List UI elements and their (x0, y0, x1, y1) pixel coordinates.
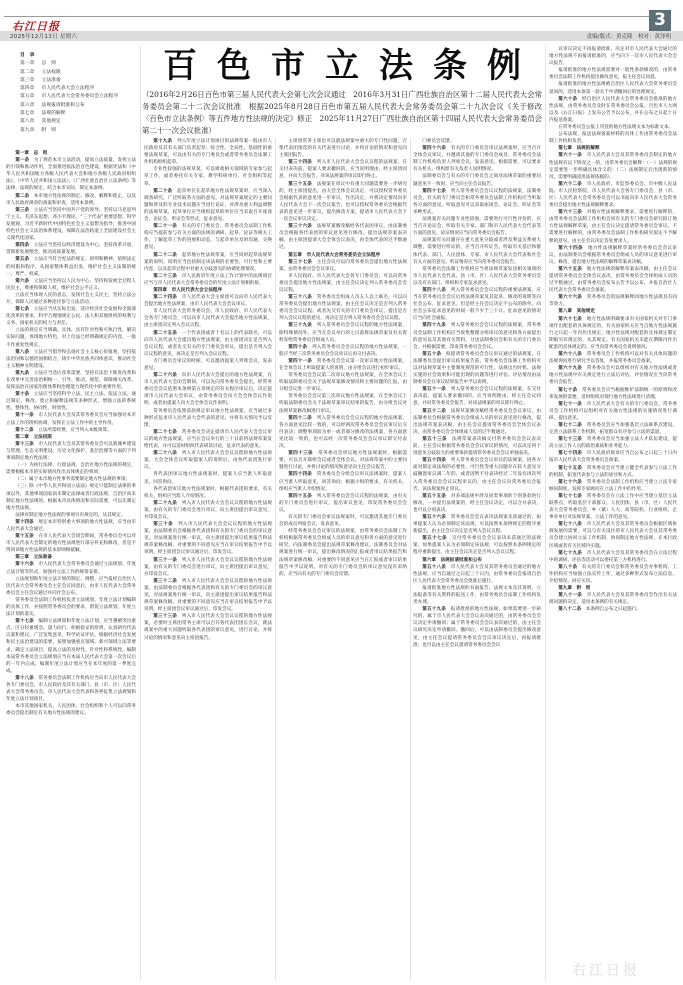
article-paragraph: 第五十七条 交付常务委员会会议表决未获通过的法规案，如果提案人认为必须制定该法规… (413, 535, 541, 556)
article-number: 第六十四条 (558, 246, 588, 251)
article-paragraph: 第四十二条 列入常务委员会会议议程的地方性法规案，各方面意见比较一致的，可以经两… (279, 415, 407, 450)
article-paragraph: 第十一条 市人民代表大会及其常务委员会应当加强对本市立法工作的组织协调，发挥在立… (6, 412, 136, 426)
article-paragraph: 第六十六条 常务委员会的法规解释同地方性法规具有同等效力。 (549, 294, 677, 308)
article-paragraph: （一）为执行法律、行政法规、自治区地方性法规的规定，需要根据本市的实际情况作出具… (6, 462, 136, 476)
article-paragraph: 常务委员会会议第三次审议地方性法规案，在全体会议上听取法制委员会关于法规草案审议… (279, 393, 407, 414)
article-paragraph: （二）属于本市地方性事务需要制定地方性法规的事项； (6, 476, 136, 483)
editor-credits: 责编/版式：黄克隆 校对：黄泽明 (587, 32, 671, 40)
article-paragraph: 第二十七条 常务委员会决定提请市人民代表大会会议审议的地方性法规案，应当在会议举… (144, 429, 272, 450)
toc-item: 第四章 市人民代表大会立法程序 (6, 85, 136, 93)
toc-item: 第一章 总 则 (6, 60, 136, 68)
article-paragraph: 第六十条 经自治区人民代表大会常务委员会批准的地方性法规，由常务委员会及时在常务… (549, 96, 677, 124)
toc-chapter-number: 第四章 (20, 85, 40, 93)
article-text: 立法所需经费，应当列入本级预算。 (38, 428, 112, 433)
article-paragraph: 第六十七条 地方性法规明确要求有关国家机关对专门事项作出配套的具体规定的，有关国… (549, 316, 677, 351)
page-number-badge: 3 (649, 10, 671, 31)
toc-chapter-number: 第八章 (20, 118, 40, 126)
article-paragraph: 第三十二条 列入市人民代表大会会议议程的地方性法规案，由法制委员会根据各代表团和… (144, 578, 272, 613)
article-number: 第十三条 (15, 442, 38, 447)
article-paragraph: 第四十八条 列入常务委员会会议议程的重要法规案，应当在常务委员会会议后将法规草案… (413, 287, 541, 322)
article-paragraph: 第十七条 编制立法规划和年度立法计划，应当遵循突出重点、区分轻重缓急、量力而行、… (6, 618, 136, 675)
article-text: 列入常务委员会会议审议的法规案，因各方面对制定该法规的必要性、可行性等重大问题存… (413, 458, 541, 491)
article-paragraph: 第二十九条 列入市人民代表大会会议议程的地方性法规案，由有关的专门委员会进行审议… (144, 500, 272, 521)
article-paragraph: 法律对制定地方性法规的事项另有规定的，从其规定。 (6, 512, 136, 519)
article-paragraph: 第四十一条 常务委员会会议第一次审议地方性法规案，在全体会议上听取提案人的说明，… (279, 358, 407, 372)
article-paragraph: 第七十条 常务委员会应当根据维护法制统一的原则和改革发展的需要，适时组织对现行地… (549, 387, 677, 401)
article-text: 各代表团审议地方性法规案时，提案人应当派人听取意见，回答询问。 (144, 472, 272, 484)
article-number: 第二十四条 (153, 295, 182, 300)
article-paragraph: 市人民政府、市人民代表大会各专门委员会，可以向常务委员会提出地方性法规案，由主任… (279, 273, 407, 294)
article-paragraph: 立法应当体现人民的意志，发扬社会主义民主，坚持立法公开，保障人民通过多种途径参与… (6, 292, 136, 306)
article-paragraph: 第六十五条 地方性法规的解释草案表决稿，由主任会议提请常务委员会全体会议表决，由… (549, 266, 677, 294)
article-number: 第五十四条 (422, 458, 451, 463)
article-text: （二）属于本市地方性事务需要制定地方性法规的事项； (15, 477, 130, 482)
article-paragraph: 第七十九条 市人民代表大会及其常务委员会在立法过程中的调研、评估等活动可以委托第… (549, 550, 677, 564)
article-number: 第三十六条 (288, 224, 317, 229)
table-of-contents: 目 录 第一章 总 则第二章 立法权限第三章 立法准备第四章 市人民代表大会立法… (6, 52, 136, 135)
article-text: 本市其他国家机关、人民团体、社会组织和个人可以向常务委员会提出制定有关地方性法规… (6, 704, 136, 716)
article-text: 编制立法规划和年度立法计划，应当遵循突出重点、区分轻重缓急、量力而行、积极稳妥的… (6, 619, 136, 674)
article-text: 市人民政府、市人民代表大会各专门委员会，可以向常务委员会提出地方性法规案，由主任… (279, 274, 407, 293)
article-text: 法制委员会与有关的专门委员会之间对法规草案的重要问题意见不一致时，应当向主任会议… (413, 174, 541, 186)
article-number: 第二十九条 (153, 501, 182, 506)
article-paragraph: 第十四条 规定本市特别重大事项的地方性法规，应当由市人民代表大会通过。 (6, 519, 136, 533)
article-paragraph: 第四十条 列入常务委员会会议议程的地方性法规案，一般应当经三次常务委员会会议审议… (279, 344, 407, 358)
article-paragraph: 第三十四条 列入市人民代表大会会议议程的法规案，在交付表决前，提案人要求撤回的，… (279, 159, 407, 180)
article-paragraph: 专门委员会审议的时候，可以邀请提案人列席会议，发表意见。 (144, 358, 272, 372)
article-paragraph: 第十三条 市人民代表大会及其常务委员会可以就城乡建设与管理、生态文明建设、历史文… (6, 441, 136, 462)
article-number: 第十四条 (15, 520, 38, 525)
article-text: 常务委员会法制工作机构应当将法规草案发送相关领域的市人民代表大会代表、县（市、区… (413, 267, 541, 286)
toc-chapter-title: 市人民代表大会立法程序 (40, 86, 94, 91)
article-paragraph: 第五十九条 报请批准的地方性法规，如果需要进一步研究的，属于市人民代表大会会议表… (413, 606, 541, 649)
article-paragraph: 第九条 立法应当适应改革需要，坚持在法治下推进改革和在改革中完善法治相统一，引导… (6, 370, 136, 391)
article-number: 第四条 (15, 243, 34, 248)
article-paragraph: 报请批准的地方性法规需要对一般性条款修改的，由常务委员会法制工作机构提出修改意见… (549, 67, 677, 81)
article-number: 第六条 (15, 279, 34, 284)
article-paragraph: 立法规划和年度立法计划的制定、调整，应当报经自治区人民代表大会常务委员会主任会议… (6, 576, 136, 597)
article-text: 常务委员会会议第二次审议地方性法规案，在全体会议上听取法制委员会关于法规草案修改… (279, 373, 407, 392)
article-text: 常务委员会依照前款规定审议地方性法规案，应当通过多种形式征求市人民代表大会代表的… (144, 409, 272, 428)
article-text: 对地方性法规解释要求，需要进行解释的，由常务委员会法制工作机构会同有关的专门委员… (549, 210, 677, 243)
article-number: 第七十九条 (558, 551, 587, 556)
article-text: 议审议决定不再报请批准。决定对市人民代表大会通过的地方性法规不再报请批准的，应当… (549, 47, 677, 66)
article-paragraph: 第三条 立法应当坚持中国共产党的领导，坚持以马克思列宁主义、毛泽东思想、邓小平理… (6, 207, 136, 242)
article-paragraph: 第四十九条 列入常务委员会会议议程的法规案，常务委员会法制工作机构应当收集整理分… (413, 322, 541, 350)
body-column-5: 议审议决定不再报请批准。决定对市人民代表大会通过的地方性法规不再报请批准的，应当… (549, 46, 677, 980)
article-text: 报请批准的地方性法规，如果需要进一步研究的，属于市人民代表大会会议表决通过的，由… (413, 607, 541, 647)
article-paragraph: 第三十九条 列入常务委员会会议议程的地方性法规案，除特殊情况外，应当在会议举行的… (279, 322, 407, 343)
article-number: 第三十条 (153, 522, 178, 527)
article-number: 第二条 (15, 194, 34, 199)
article-number: 第三十二条 (153, 579, 182, 584)
article-text: 立法应当体现人民的意志，发扬社会主义民主，坚持立法公开，保障人民通过多种途径参与… (6, 293, 136, 305)
article-number: 第七十二条 (558, 423, 587, 428)
article-paragraph: 第四条 立法应当坚持以经济建设为中心，坚持改革开放，贯彻新发展理念，推动高质量发… (6, 242, 136, 256)
article-text: 市人民代表大会常务委员会、市人民政府、市人民代表大会各专门委员会，可以向市人民代… (144, 309, 272, 328)
article-number: 第五十八条 (422, 565, 451, 570)
article-text: 有关的专门委员会审议法规案时，可以邀请其他专门委员会的成员列席会议，发表意见。 (279, 515, 407, 527)
article-number: 第五十六条 (422, 515, 451, 520)
article-paragraph: 报请批准地方性法规的书面报告，法规文本及其说明、立法报备等有关资料的报送工作，由… (413, 585, 541, 606)
article-text: 为了规范本市立法活动，提高立法质量，发挥立法的引领和推动作用，全面推进依法治百色… (6, 158, 136, 191)
toc-chapter-number: 第一章 (20, 60, 40, 68)
article-paragraph: 第二十三条 市人民政府年度立法工作计划中的法规项目应当与市人民代表大会常务委员会… (144, 273, 272, 287)
article-number: 第六十六条 (558, 295, 587, 300)
toc-item: 第五章 市人民代表大会常务委员会立法程序 (6, 93, 136, 101)
article-paragraph: 第四十三条 常务委员会审议地方性法规案时，根据需要，可以召开联组会议或者全体会议… (279, 450, 407, 471)
article-number: 第五十九条 (422, 607, 451, 612)
article-number: 第三十七条 (288, 260, 317, 265)
toc-chapter-title: 其他规定 (40, 119, 61, 124)
column-divider (410, 138, 411, 980)
info-bar (0, 31, 683, 41)
article-paragraph: 在常务委员会公报上刊登的地方性法规文本为标准文本。 (549, 124, 677, 131)
article-paragraph: 公布法规、报送法规备案材料的具体工作由常务委员会法制工作机构负责。 (549, 131, 677, 145)
article-paragraph: 第八十条 有关的专门委员会和常务委员会办事机构、工作机构应当加强立法宣传工作，通… (549, 564, 677, 585)
article-number: 第三十四条 (288, 160, 317, 165)
article-paragraph: 专业性较强的法规草案，可以吸收相关领域的专家参与起草工作，或者委托有关专家、教学… (144, 166, 272, 187)
article-text: 立法规划和年度立法计划的制定、调整，应当报经自治区人民代表大会常务委员会主任会议… (6, 577, 136, 596)
article-number: 第八十条 (558, 565, 582, 570)
toc-item: 第二章 立法权限 (6, 69, 136, 77)
article-number: 第七十四条 (558, 451, 587, 456)
toc-chapter-number: 第六章 (20, 102, 40, 110)
column-divider (140, 46, 141, 980)
article-paragraph: 第四十四条 常务委员会分组会议审议法规案时，提案人应当派人听取意见，回答询问；根… (279, 471, 407, 492)
article-paragraph: 第十五条 在市人民代表大会闭会期间，常务委员会可以对市人民代表大会制定的地方性法… (6, 533, 136, 554)
article-number: 第七十六条 (558, 480, 587, 485)
article-number: 第二十六条 (153, 373, 182, 378)
article-paragraph: 第二十二条 起草地方性法规草案，应当同时起草法规草案的说明。说明应当包括制定该法… (144, 252, 272, 273)
article-paragraph: 法规案有关问题专业性较强，需要进行可行性评价的，应当召开论证会，听取有关专家、部… (413, 216, 541, 237)
article-paragraph: 第五十四条 列入常务委员会会议审议的法规案，因各方面对制定该法规的必要性、可行性… (413, 457, 541, 492)
article-number: 第四十七条 (422, 189, 451, 194)
article-number: 第三十一条 (153, 558, 182, 563)
article-paragraph: 第五条 立法应当符合宪法的规定、原则和精神，依照法定的权限和程序，从国家整体利益… (6, 256, 136, 277)
article-number: 第四十一条 (288, 359, 317, 364)
article-paragraph: 第六十九条 常务委员会可以组织对有关地方性法规或者地方性法规中有关规定进行立法后… (549, 365, 677, 386)
column-divider (545, 46, 546, 980)
article-paragraph: 第十六条 市人民代表大会常务委员会通过立法规划、年度立法计划等形式，加强对立法工… (6, 561, 136, 575)
masthead-rule (4, 16, 649, 17)
article-paragraph: 第三十一条 列入市人民代表大会会议议程的地方性法规案，由有关的专门委员会进行审议… (144, 557, 272, 578)
article-paragraph: 法制委员会与有关的专门委员会之间对法规草案的重要问题意见不一致时，应当向主任会议… (413, 173, 541, 187)
article-text: 法规案有关问题存在重大意见分歧或者涉及利益关系重大调整，需要进行听证的，应当召开… (413, 238, 541, 264)
article-paragraph: 第七十六条 常务委员会法制工作机构应当建立立法专家顾问制度，发挥专家顾问在立法工… (549, 479, 677, 493)
article-paragraph: 主席团常务主席也可以就法规案中重大的专门性问题，召集代表团推选的有关代表进行讨论… (279, 138, 407, 159)
toc-chapter-title: 法规报请批准和公布 (40, 103, 85, 108)
article-paragraph: 第五十条 拟提请常务委员会会议审议通过的法规案，在法制委员会提出审议结果报告前，… (413, 351, 541, 386)
article-header: 百色市立法条例 （2016年2月26日百色市第三届人民代表大会第七次会议通过 2… (142, 46, 542, 137)
article-text: 法规案在审议中有重大问题需要进一步研究的，经主席团提出，由大会全体会议决定，可以… (279, 182, 407, 222)
article-paragraph: 第二十五条 一个代表团或者十名以上的代表联名，可以向市人民代表大会提出地方性法规… (144, 330, 272, 358)
watermark: 右江日报 (572, 960, 672, 978)
article-number: 第五十五条 (422, 494, 451, 499)
article-number: 第四十八条 (422, 288, 451, 293)
article-number: 第二十二条 (153, 253, 182, 258)
body-column-2: 第十九条 列入年度立法计划项目的法规草案一般由市人民政府及其有关部门负责起草；综… (144, 138, 272, 980)
article-paragraph: 第三十六条 法规草案修改稿经各代表团审议，由法制委员会根据各代表团的审议意见进行… (279, 223, 407, 251)
article-paragraph: 第五十三条 法规草案表决稿交付常务委员会会议表决前，主任会议根据常务委员会会议审… (413, 436, 541, 457)
article-number: 第二十条 (153, 189, 177, 194)
article-paragraph: 第一条 为了规范本市立法活动，提高立法质量，发挥立法的引领和推动作用，全面推进依… (6, 157, 136, 192)
toc-chapter-title: 市人民代表大会常务委员会立法程序 (40, 94, 118, 99)
chapter-heading: 第三章 立法准备 (6, 554, 136, 561)
article-paragraph: 第八十二条 本条例自公布之日起施行。 (549, 606, 677, 613)
article-number: 第四十四条 (288, 472, 317, 477)
article-paragraph: 第六十四条 地方性法规解释草案经常务委员会会议审议，由法制委员会根据常务委员会组… (549, 245, 677, 266)
article-number: 第五条 (15, 257, 34, 262)
article-number: 第四十条 (288, 345, 312, 350)
article-number: 第六十一条 (558, 153, 587, 158)
article-number: 第四十五条 (288, 494, 317, 499)
article-paragraph: 第八条 立法应当倡导和弘扬社会主义核心价值观，坚持依法治国和以德治国相结合，铸牢… (6, 349, 136, 370)
article-paragraph: 第六十二条 市人民政府、市监察委员会、市中级人民法院、市人民检察院、市人民代表大… (549, 181, 677, 209)
article-paragraph: 第五十二条 法规草案修改稿经常务委员会会议审议，由法制委员会根据常务委员会组成人… (413, 408, 541, 436)
toc-item: 第八章 其他规定 (6, 118, 136, 126)
toc-heading: 目 录 (6, 52, 136, 60)
toc-chapter-title: 总 则 (40, 61, 56, 66)
article-paragraph: 第八十一条 市人民代表大会及其常务委员会作出有关法规问题的决定，适用本条例的有关… (549, 592, 677, 606)
article-text: 列入市人民代表大会会议议程的地方性法规案，由法制委员会根据各代表团和有关的专门委… (144, 522, 272, 555)
article-paragraph: 报请批准的地方性法规被自治区人民代表大会常务委员会退回的，适用本条第一款关于申请… (549, 81, 677, 95)
article-paragraph: 第七十七条 常务委员会在立法工作中应当建立基层立法联系点，听取基层干部群众、人民… (549, 493, 677, 521)
column-divider (275, 138, 276, 980)
masthead: 右江日报 3 2025年12月13日 星期六 责编/版式：黄克隆 校对：黄泽明 (0, 0, 683, 40)
article-text: 报请批准地方性法规的书面报告，法规文本及其说明、立法报备等有关资料的报送工作，由… (413, 586, 541, 605)
article-number: 第一条 (15, 158, 34, 163)
article-number: 第七十一条 (558, 402, 587, 407)
article-text: 报请批准的地方性法规被自治区人民代表大会常务委员会退回的，适用本条第一款关于申请… (549, 82, 677, 94)
article-number: 第七十条 (558, 388, 582, 393)
article-number: 第六十条 (558, 97, 582, 102)
chapter-heading: 第五章 市人民代表大会常务委员会立法程序 (279, 252, 407, 259)
article-paragraph: 第二十四条 市人民代表大会主席团可以向市人民代表大会提出地方性法规案，由市人民代… (144, 294, 272, 308)
article-number: 第七十七条 (558, 494, 587, 499)
article-number: 第三十三条 (153, 614, 182, 619)
chapter-heading: 第二章 立法权限 (6, 434, 136, 441)
article-paragraph: 第三十条 列入市人民代表大会会议议程的地方性法规案，由法制委员会根据各代表团和有… (144, 521, 272, 556)
article-number: 第二十五条 (153, 331, 182, 336)
article-paragraph: 门委员会反馈。 (413, 138, 541, 145)
article-paragraph: 常务委员会法制工作机构应当将法规草案发送相关领域的市人民代表大会代表、县（市、区… (413, 266, 541, 287)
article-paragraph: （三）除《中华人民共和国立法法》规定只能制定法律的事项以外，其他事项国家尚未制定… (6, 483, 136, 511)
article-text: 常务委员会法制工作机构负责立法规划、年度立法计划编制的具体工作，并按照常务委员会… (6, 598, 136, 617)
toc-item: 第九章 附 则 (6, 127, 136, 135)
article-number: 第四十三条 (288, 451, 318, 456)
toc-chapter-number: 第七章 (20, 110, 40, 118)
article-paragraph: 第二十六条 向市人民代表大会提出的地方性法规案，在市人民代表大会闭会期间，可以先… (144, 372, 272, 407)
article-paragraph: 立法的规定应当明确、具体，具有针对性和可执行性，解决实际问题，体现地方特色，对上… (6, 327, 136, 348)
article-text: 在常务委员会公报上刊登的地方性法规文本为标准文本。 (558, 125, 673, 130)
chapter-heading: 第九章 附 则 (549, 585, 677, 592)
article-number: 第十九条 (153, 139, 177, 144)
article-paragraph: 常务委员会会议第二次审议地方性法规案，在全体会议上听取法制委员会关于法规草案修改… (279, 372, 407, 393)
article-number: 第八十二条 (558, 607, 586, 612)
article-paragraph: 第四十五条 列入常务委员会会议议程的法规案，由有关的专门委员会进行审议，提出审议… (279, 493, 407, 514)
article-title: 百色市立法条例 (142, 46, 542, 86)
article-number: 第十八条 (15, 676, 38, 681)
article-number: 第五十七条 (422, 536, 452, 541)
article-paragraph: 第二十条 起草单位在起草地方性法规草案时，应当深入调查研究，广泛听取各方面的意见… (144, 188, 272, 223)
article-paragraph: 第十二条 立法所需经费，应当列入本级预算。 (6, 427, 136, 434)
article-number: 第八条 (15, 350, 34, 355)
chapter-heading: 第六章 法规报请批准和公布 (413, 557, 541, 564)
article-paragraph: 第三十五条 法规案在审议中有重大问题需要进一步研究的，经主席团提出，由大会全体会… (279, 181, 407, 224)
article-paragraph: 第十九条 列入年度立法计划项目的法规草案一般由市人民政府及其有关部门负责起草；综… (144, 138, 272, 166)
article-paragraph: 第五十八条 市人民代表大会及其常务委员会通过的地方性法规，应当自通过之日起三十日… (413, 564, 541, 585)
article-paragraph: 第六十八条 常务委员会工作机构可以对有关具体问题的法规询问进行研究予以答复，并报… (549, 351, 677, 365)
article-number: 第三十八条 (288, 295, 317, 300)
article-paragraph: 各代表团审议地方性法规案时，提案人应当派人听取意见，回答询问。 (144, 471, 272, 485)
article-paragraph: 本市其他国家机关、人民团体、社会组织和个人可以向常务委员会提出制定有关地方性法规… (6, 703, 136, 717)
article-text: （一）为执行法律、行政法规、自治区地方性法规的规定，需要根据本市的实际情况作出具… (6, 463, 136, 475)
article-number: 第十一条 (15, 413, 38, 418)
article-text: 法规案有关问题专业性较强，需要进行可行性评价的，应当召开论证会，听取有关专家、部… (413, 217, 541, 236)
article-number: 第六十五条 (558, 267, 587, 272)
article-number: 第二十七条 (153, 430, 182, 435)
toc-chapter-title: 立法权限 (40, 70, 61, 75)
toc-chapter-number: 第二章 (20, 69, 40, 77)
article-paragraph: 第七十三条 常务委员会应当加强立法人才队伍建设，提高立法工作人员的政治素质和业务… (549, 436, 677, 450)
article-number: 第五十一条 (422, 387, 451, 392)
article-paragraph: 第二十一条 有关的专门委员会、常务委员会法制工作机构应当提前参与有关方面的法规的… (144, 223, 272, 251)
article-number: 第七十五条 (558, 466, 587, 471)
article-number: 第十二条 (15, 428, 38, 433)
article-paragraph: 第七十五条 常务委员会应当建立健全代表参与立法工作的机制，拓宽代表参与立法的途径… (549, 465, 677, 479)
article-paragraph: 第十条 立法应当坚持科学立法、民主立法、依法立法，通过制定、修改、废止和解释法规… (6, 391, 136, 412)
article-number: 第八十一条 (558, 593, 587, 598)
article-paragraph: 法规案有关问题存在重大意见分歧或者涉及利益关系重大调整，需要进行听证的，应当召开… (413, 237, 541, 265)
article-paragraph: 市人民代表大会常务委员会、市人民政府、市人民代表大会各专门委员会，可以向市人民代… (144, 308, 272, 329)
article-number: 第六十九条 (558, 366, 587, 371)
article-paragraph: 第二十八条 列入市人民代表大会会议议程的地方性法规案，大会全体会议听取提案人的说… (144, 450, 272, 471)
article-text: 公布法规、报送法规备案材料的具体工作由常务委员会法制工作机构负责。 (549, 132, 677, 144)
body-column-3: 主席团常务主席也可以就法规案中重大的专门性问题，召集代表团推选的有关代表进行讨论… (279, 138, 407, 980)
article-number: 第十七条 (15, 619, 38, 624)
article-number: 第六十八条 (558, 352, 587, 357)
toc-item: 第六章 法规报请批准和公布 (6, 102, 136, 110)
article-number: 第二十八条 (153, 451, 182, 456)
article-number: 第十六条 (15, 562, 38, 567)
article-number: 第五十条 (422, 352, 446, 357)
article-number: 第三条 (15, 208, 34, 213)
article-paragraph: 第七十四条 市人民政府规章应当自公布之日起三十日内报市人民代表大会常务委员会备案… (549, 450, 677, 464)
article-text: 本条例自公布之日起施行。 (586, 607, 641, 612)
article-number: 第四十二条 (288, 416, 317, 421)
article-number: 第七十三条 (558, 437, 587, 442)
article-paragraph: 第三十三条 列入市人民代表大会会议议程的地方性法规案，必要时主席团常务主席可以召… (144, 613, 272, 641)
article-number: 第六十三条 (558, 210, 587, 215)
article-number: 第四十六条 (422, 146, 451, 151)
toc-item: 第七章 法规的解释 (6, 110, 136, 118)
issue-date: 2025年12月13日 星期六 (10, 32, 77, 40)
toc-chapter-title: 附 则 (40, 128, 56, 133)
article-text: 门委员会反馈。 (422, 139, 454, 144)
article-text: （三）除《中华人民共和国立法法》规定只能制定法律的事项以外，其他事项国家尚未制定… (6, 484, 136, 510)
article-paragraph: 第四十六条 有关的专门委员会审议法规案时，应当召开全体会议审议，并邀请其他的专门… (413, 145, 541, 173)
article-text: 报请批准的地方性法规需要对一般性条款修改的，由常务委员会法制工作机构提出修改意见… (549, 68, 677, 80)
article-paragraph: 第三十七条 主任会议可以向常务委员会提出地方性法规案，由常务委员会会议审议。 (279, 259, 407, 273)
article-number: 第五十二条 (422, 409, 451, 414)
toc-chapter-number: 第三章 (20, 77, 40, 85)
article-number: 第七条 (15, 307, 34, 312)
article-number: 第六十七条 (558, 317, 587, 322)
toc-chapter-number: 第九章 (20, 127, 40, 135)
article-number: 第四十九条 (422, 323, 451, 328)
article-paragraph: 第六条 立法应当坚持以人民为中心，坚持和发展全过程人民民主，尊重和保障人权，维护… (6, 278, 136, 292)
article-text: 专业性较强的法规草案，可以吸收相关领域的专家参与起草工作，或者委托有关专家、教学… (144, 167, 272, 186)
article-paragraph: 第五十六条 常务委员会会议表决法规案未获通过的，如果提案人认为必须制定该法规，可… (413, 514, 541, 535)
toc-chapter-number: 第五章 (20, 93, 40, 101)
chapter-heading: 第一章 总 则 (6, 150, 136, 157)
article-text: 专门委员会审议的时候，可以邀请提案人列席会议，发表意见。 (144, 359, 272, 371)
article-text: 各代表团审议地方性法规案时，根据代表团的要求，有关机关、组织应当派人介绍情况。 (144, 487, 272, 499)
article-paragraph: 各代表团审议地方性法规案时，根据代表团的要求，有关机关、组织应当派人介绍情况。 (144, 486, 272, 500)
article-number: 第十五条 (15, 534, 38, 539)
article-text: 常务委员会会议第三次审议地方性法规案，在全体会议上听取法制委员会关于法规草案审议… (279, 394, 407, 413)
chapter-heading: 第四章 市人民代表大会立法程序 (144, 287, 272, 294)
article-number: 第三十九条 (288, 323, 317, 328)
article-paragraph: 第七十二条 常务委员会应当加强基层立法联系点建设，完善立法联系工作机制，拓宽群众… (549, 422, 677, 436)
article-paragraph: 第三十八条 常务委员会组成人员五人以上联名，可以向常务委员会提出地方性法规案，由… (279, 294, 407, 322)
article-number: 第五十三条 (422, 437, 452, 442)
article-subtitle: （2016年2月26日百色市第三届人民代表大会第七次会议通过 2016年3月31… (142, 89, 542, 137)
article-number: 第九条 (15, 371, 34, 376)
body-column-4: 门委员会反馈。第四十六条 有关的专门委员会审议法规案时，应当召开全体会议审议，并… (413, 138, 541, 980)
article-paragraph: 第二条 本市地方性法规的制定、修改、解释和废止，以及市人民政府规章的备案和审查，… (6, 193, 136, 207)
article-paragraph: 第五十五条 对多部法规中涉及同类事项的个别条款进行修改，一并提出法规案的，经主任… (413, 493, 541, 514)
article-text: 立法的规定应当明确、具体，具有针对性和可执行性，解决实际问题，体现地方特色，对上… (6, 328, 136, 347)
article-paragraph: 第七十一条 市人民代表大会有关的专门委员会、常务委员会工作机构可以组织对有关地方… (549, 401, 677, 422)
article-text: 法律对制定地方性法规的事项另有规定的，从其规定。 (15, 513, 125, 518)
toc-chapter-title: 立法准备 (40, 78, 61, 83)
article-number: 第六十二条 (558, 182, 587, 187)
article-paragraph: 经常务委员会会议审议的法规案，由常务委员会法制工作机构根据常务委员会组成人员的审… (279, 528, 407, 578)
article-paragraph: 有关的专门委员会审议法规案时，可以邀请其他专门委员会的成员列席会议，发表意见。 (279, 514, 407, 528)
article-paragraph: 第六十三条 对地方性法规解释要求，需要进行解释的，由常务委员会法制工作机构会同有… (549, 209, 677, 244)
article-text: 主席团常务主席也可以就法规案中重大的专门性问题，召集代表团推选的有关代表进行讨论… (279, 139, 407, 158)
toc-list: 第一章 总 则第二章 立法权限第三章 立法准备第四章 市人民代表大会立法程序第五… (6, 60, 136, 135)
article-paragraph: 第七十八条 市人民代表大会及其常务委员会根据区域协调发展的需要，可以与有关设区的… (549, 521, 677, 549)
article-number: 第十条 (15, 392, 34, 397)
article-paragraph: 第四十七条 列入常务委员会会议议程的法规案，法制委员会、有关的专门委员会和常务委… (413, 188, 541, 216)
article-paragraph: 议审议决定不再报请批准。决定对市人民代表大会通过的地方性法规不再报请批准的，应当… (549, 46, 677, 67)
body-column-1: 第一章 总 则第一条 为了规范本市立法活动，提高立法质量，发挥立法的引领和推动作… (6, 150, 136, 980)
article-paragraph: 第七条 立法应当从实际出发，适应经济社会发展和全面深化改革的要求，科学合理地规定… (6, 306, 136, 327)
article-number: 第二十一条 (153, 224, 182, 229)
article-number: 第二十三条 (153, 274, 182, 279)
article-paragraph: 第六十一条 市人民代表大会及其常务委员会制定的地方性法规有以下情况之一的，由常务… (549, 152, 677, 180)
toc-item: 第三章 立法准备 (6, 77, 136, 85)
article-paragraph: 第五十一条 列入常务委员会会议议程的法规案，在交付表决前，提案人要求撤回的，应当… (413, 386, 541, 407)
toc-chapter-title: 法规的解释 (40, 111, 66, 116)
article-text: 向市人民代表大会提出的地方性法规案，在市人民代表大会闭会期间，可以先向常务委员会… (144, 373, 272, 406)
chapter-heading: 第八章 其他规定 (549, 308, 677, 315)
article-paragraph: 常务委员会法制工作机构负责立法规划、年度立法计划编制的具体工作，并按照常务委员会… (6, 597, 136, 618)
article-paragraph: 第十八条 常务委员会法制工作机构应当向市人民代表大会各专门委员会、市人民政府及其… (6, 675, 136, 703)
article-paragraph: 常务委员会依照前款规定审议地方性法规案，应当通过多种形式征求市人民代表大会代表的… (144, 408, 272, 429)
article-number: 第七十八条 (558, 522, 587, 527)
article-number: 第三十五条 (288, 182, 317, 187)
article-text: 经常务委员会会议审议的法规案，由常务委员会法制工作机构根据常务委员会组成人员的审… (279, 529, 407, 577)
chapter-heading: 第七章 法规的解释 (549, 145, 677, 152)
